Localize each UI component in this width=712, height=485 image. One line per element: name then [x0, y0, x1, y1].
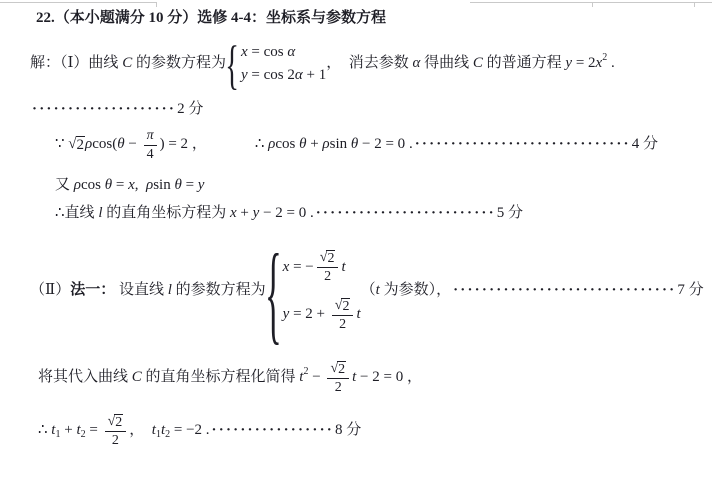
math-op: − 2 = 0 — [356, 368, 403, 388]
fraction-sqrt2-over-2: √2 2 — [105, 414, 127, 448]
radicand: 2 — [326, 250, 335, 266]
system-row: x = cos α — [241, 43, 326, 63]
system-row: y = 2 + √2 2 t — [283, 298, 361, 332]
cjk-text: 的参数方程为 — [172, 281, 266, 301]
fraction-denominator: 2 — [324, 268, 331, 284]
math-var: t — [356, 305, 360, 325]
system-brace: { — [226, 41, 239, 87]
cjk-text: 的参数方程为 — [132, 54, 226, 74]
math-op: = — [86, 421, 102, 441]
math-var: θ — [105, 176, 112, 196]
fraction-denominator: 2 — [339, 316, 346, 332]
math-op: = — [112, 176, 128, 196]
cjk-text: ， — [403, 368, 422, 388]
fraction-numerator: √2 — [105, 414, 127, 432]
cjk-text: ， 消去参数 — [326, 54, 412, 74]
because-symbol: ∵ — [55, 135, 68, 155]
math-op: . — [405, 135, 413, 155]
math-var: ρ — [146, 176, 153, 196]
fraction-denominator: 4 — [147, 146, 154, 162]
math-op: + 1 — [303, 66, 326, 86]
cjk-text: 将其代入曲线 — [38, 368, 132, 388]
math-var: y — [198, 176, 205, 196]
math-var: C — [473, 54, 483, 74]
math-op: ) = 2 — [160, 135, 188, 155]
fraction: π 4 — [144, 128, 157, 161]
sqrt-radical: √2 — [335, 298, 351, 314]
cjk-text: ， — [129, 421, 152, 441]
cjk-text: 又 — [55, 176, 74, 196]
math-var: θ — [299, 135, 306, 155]
math-var: α — [295, 66, 303, 86]
math-op: cos( — [92, 135, 117, 155]
problem-title-text: 22.（本小题满分 10 分）选修 4-4：坐标系与参数方程 — [36, 9, 386, 29]
fraction-numerator: π — [144, 128, 157, 145]
math-var: θ — [174, 176, 181, 196]
cjk-text: 设直线 — [115, 281, 168, 301]
math-var: C — [132, 368, 142, 388]
math-op: = cos 2 — [248, 66, 295, 86]
brace-glyph: { — [265, 237, 282, 348]
math-var: x — [241, 43, 248, 63]
radicand: 2 — [337, 361, 346, 377]
dot-leader: ······························· — [453, 281, 676, 301]
line-equation-line: ∴ 直线 l 的直角坐标方程为 x + y − 2 = 0 . ········… — [55, 202, 523, 226]
math-term: y = 2x2 . — [565, 54, 614, 74]
table-rule-tick — [592, 2, 593, 7]
brace-glyph: { — [226, 38, 240, 92]
fraction-numerator: √2 — [317, 250, 339, 268]
math-var: θ — [117, 135, 124, 155]
math-var: x — [128, 176, 135, 196]
sqrt-radical: √2 — [330, 361, 346, 377]
fraction-numerator: √2 — [332, 298, 354, 316]
math-var: C — [122, 54, 132, 74]
fraction-sqrt2-over-2: √2 2 — [332, 298, 354, 332]
cjk-text: 得曲线 — [420, 54, 473, 74]
math-op: + — [60, 421, 76, 441]
conversion-line: 又 ρ cos θ = x , ρ sin θ = y — [55, 174, 204, 198]
problem-title: 22.（本小题满分 10 分）选修 4-4：坐标系与参数方程 — [36, 9, 386, 29]
math-op: . — [202, 421, 210, 441]
math-op: − 2 = 0 — [358, 135, 405, 155]
sqrt-radical: √2 — [320, 250, 336, 266]
math-var: x — [283, 258, 290, 278]
math-var: x — [230, 204, 237, 224]
dot-leader: ···················· — [32, 100, 176, 120]
fraction-sqrt2-over-2: √2 2 — [317, 250, 339, 284]
math-op: = — [182, 176, 198, 196]
sqrt-radical: √2 — [108, 414, 124, 430]
sqrt-radical: √2 — [68, 136, 85, 153]
score-label: 4 分 — [632, 135, 658, 155]
parametric-system: x = cos α y = cos 2 α + 1 — [241, 43, 326, 85]
document-page: { "meta": { "ink": "#1e1e26", "bg": "#ff… — [0, 0, 712, 485]
cjk-text: （Ⅱ） — [30, 281, 70, 301]
math-op: cos — [81, 176, 105, 196]
radicand: 2 — [341, 298, 350, 314]
system-row: y = cos 2 α + 1 — [241, 66, 326, 86]
fraction-sqrt2-over-2: √2 2 — [327, 361, 349, 395]
table-rule-tick — [156, 2, 157, 7]
math-var: ρ — [74, 176, 81, 196]
math-var: α — [412, 54, 420, 74]
math-op: . — [306, 204, 314, 224]
parametric-system: x = − √2 2 t y = 2 + √2 2 t — [283, 250, 361, 331]
score-label: 8 分 — [335, 421, 361, 441]
cjk-text: 的直角坐标方程为 — [102, 204, 230, 224]
cjk-text: （ — [361, 281, 376, 301]
method-label: 法一： — [70, 281, 115, 301]
math-var: t — [341, 258, 345, 278]
radicand: 2 — [76, 136, 86, 153]
cjk-text: 为参数）， — [380, 281, 451, 301]
vieta-line: ∴ t1 + t2 = √2 2 ， t1t2 = −2 . ·········… — [38, 403, 361, 459]
score-label: 7 分 — [677, 281, 703, 301]
fraction-denominator: 2 — [112, 432, 119, 448]
system-brace: { — [266, 261, 281, 321]
dot-leader: ························· — [316, 204, 496, 224]
math-var: y — [253, 204, 260, 224]
dot-leader: ················· — [212, 421, 334, 441]
math-op: . — [607, 55, 615, 71]
cjk-text: 的直角坐标方程化简得 — [142, 368, 300, 388]
score-label: 2 分 — [177, 100, 203, 120]
math-var: y — [241, 66, 248, 86]
fraction-denominator: 2 — [335, 379, 342, 395]
math-term: t1 — [51, 421, 60, 441]
therefore-symbol: ∴ — [38, 421, 51, 441]
cjk-text: 的普通方程 — [483, 54, 566, 74]
math-op: − 2 = 0 — [259, 204, 306, 224]
score-2-line: ···················· 2 分 — [30, 99, 203, 121]
math-op: = − — [289, 258, 313, 278]
math-op: = 2 + — [289, 305, 328, 325]
math-op: − — [125, 135, 141, 155]
math-op: + — [306, 135, 322, 155]
part1-solution-line: 解：（Ⅰ）曲线 C 的参数方程为 { x = cos α y = cos 2 α… — [30, 35, 615, 93]
math-op: + — [237, 204, 253, 224]
therefore-symbol: ∴ — [55, 204, 65, 224]
math-var: ρ — [85, 135, 92, 155]
cjk-text: 解：（Ⅰ）曲线 — [30, 54, 122, 74]
polar-equation-line: ∵ √2 ρ cos( θ − π 4 ) = 2 ， ∴ ρ cos θ + … — [55, 122, 658, 168]
math-op: − — [308, 368, 324, 388]
math-var: θ — [351, 135, 358, 155]
math-op: sin — [330, 135, 351, 155]
math-var: ρ — [322, 135, 329, 155]
table-rule-segment — [470, 2, 712, 3]
math-term: t2 — [76, 421, 85, 441]
math-op: = −2 — [170, 421, 202, 441]
math-var: y — [283, 305, 290, 325]
math-op: = 2 — [572, 55, 595, 71]
math-var: ρ — [268, 135, 275, 155]
part2-parametric-line: （Ⅱ） 法一： 设直线 l 的参数方程为 { x = − √2 2 t y = … — [30, 235, 704, 347]
score-label: 5 分 — [497, 204, 523, 224]
fraction-numerator: √2 — [327, 361, 349, 379]
dot-leader: ······························ — [415, 135, 631, 155]
radicand: 2 — [114, 414, 123, 430]
system-row: x = − √2 2 t — [283, 250, 361, 284]
substitution-line: 将其代入曲线 C 的直角坐标方程化简得 t2 − √2 2 t − 2 = 0 … — [38, 350, 422, 406]
math-op: = cos — [248, 43, 288, 63]
math-var: α — [287, 43, 295, 63]
cjk-text: 直线 — [65, 204, 99, 224]
math-term: t1t2 — [152, 421, 170, 441]
math-op: sin — [153, 176, 174, 196]
math-op: cos — [275, 135, 299, 155]
table-rule-tick — [694, 2, 695, 7]
table-rule-segment — [0, 2, 157, 3]
math-op: , — [135, 176, 146, 196]
therefore-symbol: ∴ — [255, 135, 268, 155]
cjk-text: ， — [188, 135, 207, 155]
math-term: t2 — [299, 368, 308, 388]
